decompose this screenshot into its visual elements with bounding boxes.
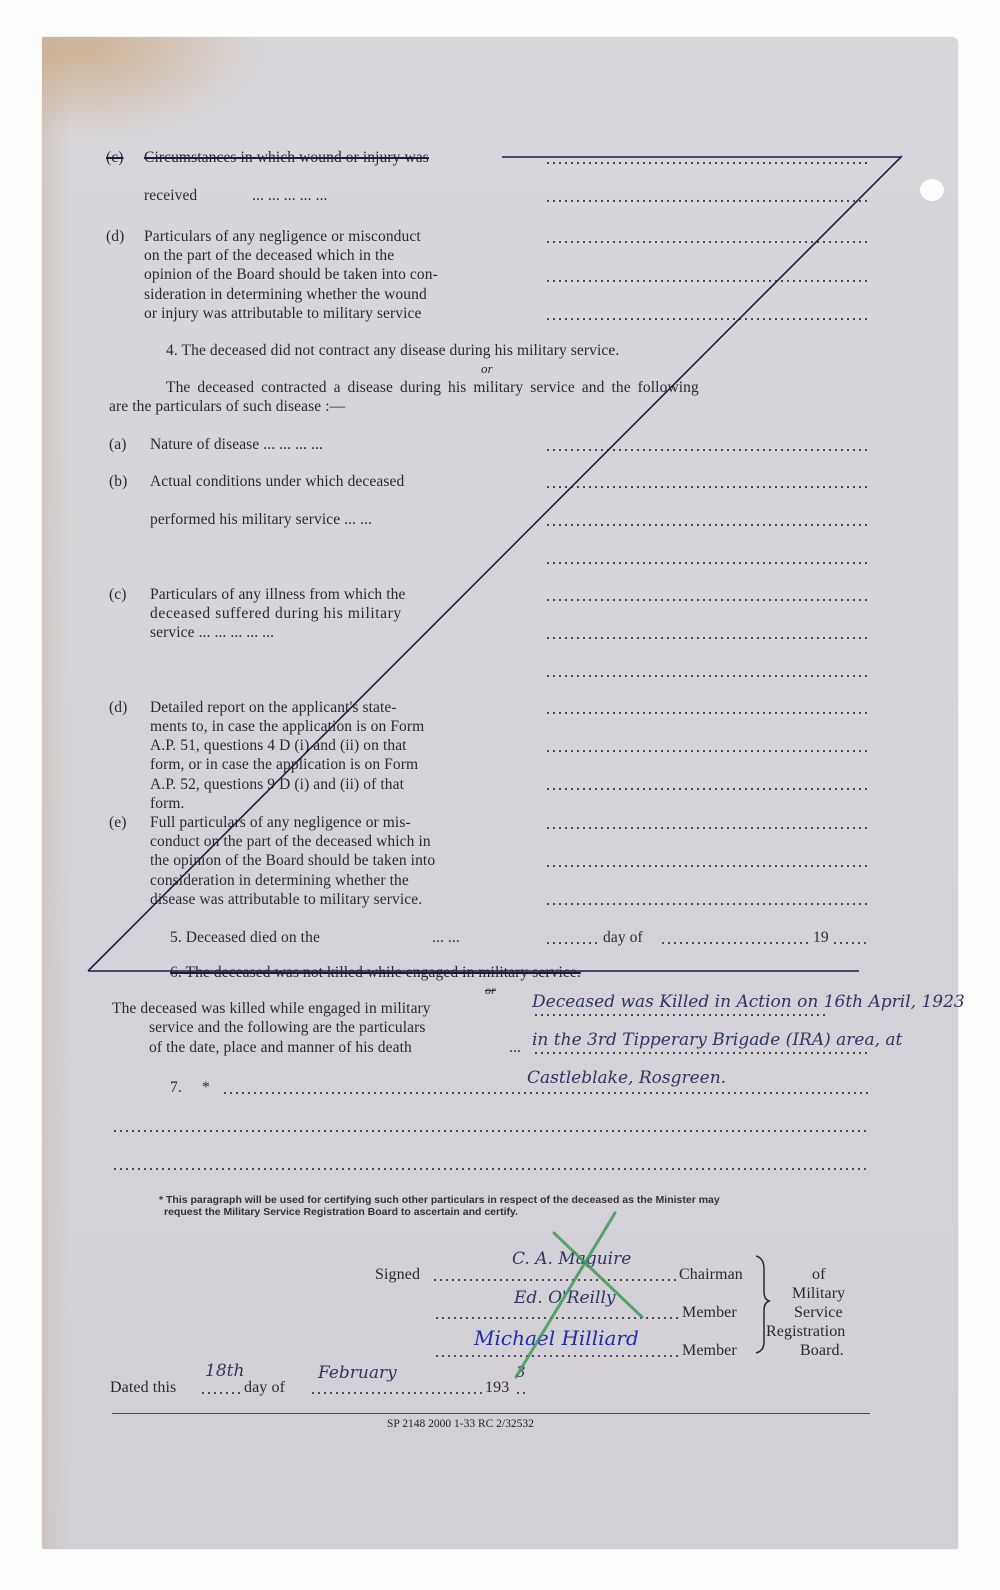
form-page: (c) Circumstances in which wound or inju… — [42, 37, 958, 1549]
cancellation-strokes — [42, 37, 958, 1549]
